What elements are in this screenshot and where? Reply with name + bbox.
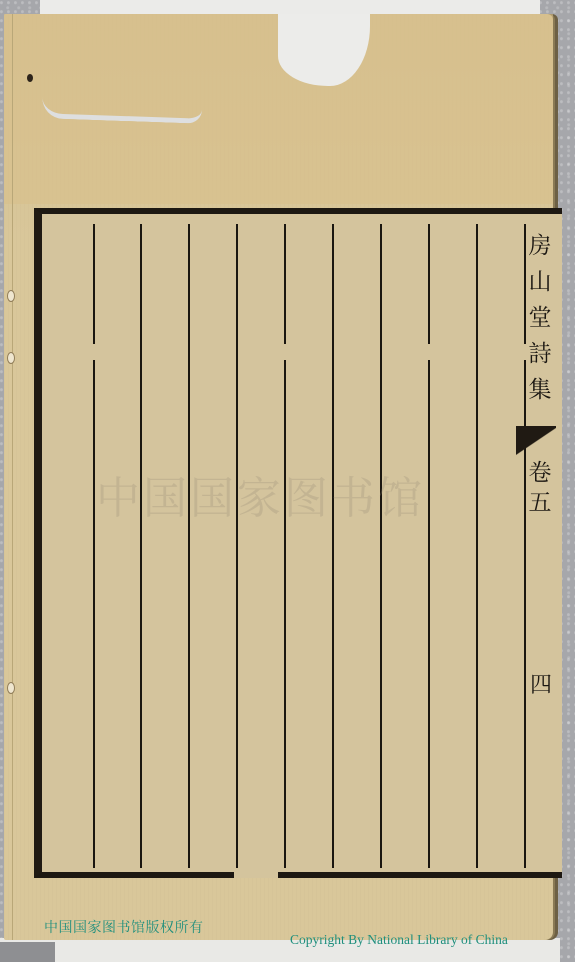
binding-stitch <box>7 352 15 364</box>
column-rule <box>284 224 286 868</box>
border-break <box>234 872 278 878</box>
title-char: 詩 <box>527 336 553 372</box>
column-rule <box>140 224 142 868</box>
page-number: 四 <box>530 668 552 699</box>
worm-hole <box>27 74 33 82</box>
title-char: 山 <box>527 264 553 300</box>
column-rule <box>380 224 382 868</box>
volume-char: 五 <box>527 488 553 518</box>
copyright-chinese: 中国国家图书馆版权所有 <box>44 917 204 937</box>
fishtail-mark-icon <box>516 426 556 456</box>
column-rule <box>332 224 334 868</box>
volume-char: 卷 <box>527 458 553 488</box>
printed-border-frame <box>34 208 562 878</box>
binding-stitch <box>7 682 15 694</box>
scanner-edge <box>0 942 55 962</box>
library-watermark: 中国国家图书馆 <box>96 462 425 526</box>
column-rule <box>93 224 95 868</box>
copyright-english: Copyright By National Library of China <box>290 932 508 948</box>
binding-stitch <box>7 290 15 302</box>
title-char: 房 <box>527 228 553 264</box>
column-rule <box>524 224 526 868</box>
column-rule <box>188 224 190 868</box>
column-rule <box>236 224 238 868</box>
book-title-margin: 房 山 堂 詩 集 <box>527 228 553 408</box>
volume-label: 卷 五 <box>527 458 553 518</box>
binding-edge <box>4 14 13 940</box>
column-rule <box>476 224 478 868</box>
column-rule <box>428 224 430 868</box>
title-char: 集 <box>527 372 553 408</box>
title-char: 堂 <box>527 300 553 336</box>
